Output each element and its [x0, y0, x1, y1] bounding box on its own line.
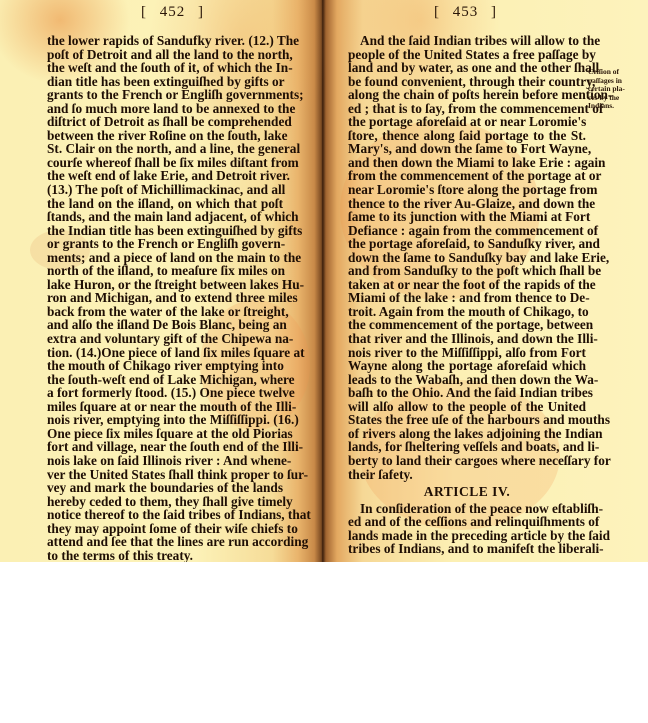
text-line: the weſt end of lake Erie, and Detroit r… [47, 169, 283, 183]
text-line: and then down the Miami to lake Erie : a… [348, 156, 586, 170]
text-line: States the free uſe of the harbours and … [348, 413, 586, 427]
text-line: fort and village, near the ſouth end of … [47, 440, 283, 454]
text-line: or grants to the French or Engliſh gover… [47, 237, 283, 251]
text-line: the commencement of the portage, between [348, 318, 586, 332]
text-line: a fort formerly ſtood. (15.) One piece t… [47, 386, 283, 400]
text-line: courſe whereof ſhall be ſix miles diſtan… [47, 156, 283, 170]
text-line: along the chain of poſts herein before m… [348, 88, 586, 102]
text-line: to the terms of this treaty. [47, 549, 283, 562]
text-line: And the ſaid Indian tribes will allow to… [348, 34, 586, 48]
margin-note: Ceſſion of paſſages in certain pla- ces … [588, 68, 640, 111]
text-line: and ſo much more land to be annexed to t… [47, 102, 283, 116]
text-line: back from the water of the lake or ſtrei… [47, 305, 283, 319]
text-line: notice thereof to the ſaid tribes of Ind… [47, 508, 283, 522]
text-line: ron and Michigan, and to extend three mi… [47, 291, 283, 305]
text-line: vey and mark the boundaries of the lands [47, 481, 283, 495]
book-spread: [ 452 ] the lower rapids of Sandufky riv… [0, 0, 648, 562]
page-body-text: And the ſaid Indian tribes will allow to… [348, 34, 586, 556]
text-line: tion. (14.)One piece of land ſix miles ſ… [47, 346, 283, 360]
text-line: Mary's, and down the ſame to Fort Wayne, [348, 142, 586, 156]
page-body-text: the lower rapids of Sandufky river. (12.… [47, 34, 283, 562]
text-line: diſtrict of Detroit as ſhall be comprehe… [47, 115, 283, 129]
text-line: tribes of Indians, and to manifeſt the l… [348, 542, 586, 556]
text-line: nois lake on ſaid Illinois river : And w… [47, 454, 283, 468]
text-line: the lower rapids of Sandufky river. (12.… [47, 34, 283, 48]
text-line: miles ſquare at or near the mouth of the… [47, 400, 283, 414]
text-line: be found convenient, through their count… [348, 75, 586, 89]
text-line: ed ; that is to ſay, from the commenceme… [348, 102, 586, 116]
text-line: (13.) The poſt of Michillimackinac, and … [47, 183, 283, 197]
text-line: of rivers along the lakes adjoining the … [348, 427, 586, 441]
text-line: north of the iſland, to meaſure ſix mile… [47, 264, 283, 278]
text-line: One piece ſix miles ſquare at the old Pi… [47, 427, 283, 441]
text-line: near Loromie's ſtore along the portage f… [348, 183, 586, 197]
text-line: nois river, emptying into the Miſſiſſipp… [47, 413, 283, 427]
text-line: troit. Again from the mouth of Chikago, … [348, 305, 586, 319]
left-page: [ 452 ] the lower rapids of Sandufky riv… [0, 0, 322, 562]
text-line: ments; and a piece of land on the main t… [47, 251, 283, 265]
text-line: St. Clair on the north, and a line, the … [47, 142, 283, 156]
text-line: from the commencement of the portage at … [348, 169, 586, 183]
text-line: the portage aforeſaid, to Sanduſky river… [348, 237, 586, 251]
text-line: attend and ſee that the lines are run ac… [47, 535, 283, 549]
text-line: and alſo the iſland De Bois Blanc, being… [47, 318, 283, 332]
text-line: the Indian title has been extinguiſhed b… [47, 224, 283, 238]
text-line: Defiance : again from the commencement o… [348, 224, 586, 238]
text-line: taken at or near the foot of the rapids … [348, 278, 586, 292]
text-line: grants to the French or Engliſh governme… [47, 88, 283, 102]
text-line: the mouth of Chikago river emptying into [47, 359, 283, 373]
text-line: between the river Roſine on the ſouth, l… [47, 129, 283, 143]
right-page: [ 453 ] And the ſaid Indian tribes will … [324, 0, 648, 562]
text-line: ſtands, and the main land adjacent, of w… [47, 210, 283, 224]
text-line: nois river to the Miſſiſſippi, alſo from… [348, 346, 586, 360]
text-line: hereby ceded to them, they ſhall give ti… [47, 495, 283, 509]
text-line: ſtore, thence along ſaid portage to the … [348, 129, 586, 143]
text-line: they may appoint ſome of their wiſe chie… [47, 522, 283, 536]
text-line: ver the United States ſhall think proper… [47, 468, 283, 482]
text-line: Wayne along the portage aforeſaid which [348, 359, 586, 373]
text-line: land and by water, as one and the other … [348, 61, 586, 75]
page-number: [ 453 ] [434, 4, 497, 21]
text-line: lands, for ſheltering veſſels and boats,… [348, 440, 586, 454]
text-line: lands made in the preceding article by t… [348, 529, 586, 543]
text-line: that river and the Illinois, and down th… [348, 332, 586, 346]
text-line: thence to the river Au-Glaize, and down … [348, 197, 586, 211]
margin-note-line: Indians. [588, 102, 640, 111]
text-line: the weſt and the ſouth of it, of which t… [47, 61, 283, 75]
text-line: berty to land their cargoes where neceſſ… [348, 454, 586, 468]
text-line: baſh to the Ohio. And the ſaid Indian tr… [348, 386, 586, 400]
text-line: the ſouth-weſt end of Lake Michigan, whe… [47, 373, 283, 387]
text-line: their ſafety. [348, 468, 586, 482]
text-line: dian title has been extinguiſhed by gift… [47, 75, 283, 89]
text-line: poſt of Detroit and all the land to the … [47, 48, 283, 62]
text-line: ed and of the ceſſions and relinquiſhmen… [348, 515, 586, 529]
text-line: the land on the iſland, on which that po… [47, 197, 283, 211]
text-line: people of the United States a free paſſa… [348, 48, 586, 62]
page-number: [ 452 ] [141, 4, 204, 21]
article-heading: ARTICLE IV. [348, 485, 586, 499]
text-line: ſame to its junction with the Miami at F… [348, 210, 586, 224]
text-line: Miami of the lake : and from thence to D… [348, 291, 586, 305]
text-line: the portage aforeſaid at or near Loromie… [348, 115, 586, 129]
text-line: and from Sanduſky to the poſt which ſhal… [348, 264, 586, 278]
blank-area [0, 562, 648, 723]
text-line: down the ſame to Sanduſky bay and lake E… [348, 251, 586, 265]
text-line: extra and voluntary gift of the Chipewa … [47, 332, 283, 346]
text-line: lake Huron, or the ſtreight between lake… [47, 278, 283, 292]
text-line: In conſideration of the peace now eſtabl… [348, 502, 586, 516]
text-line: leads to the Wabaſh, and then down the W… [348, 373, 586, 387]
text-line: will alſo allow to the people of the Uni… [348, 400, 586, 414]
